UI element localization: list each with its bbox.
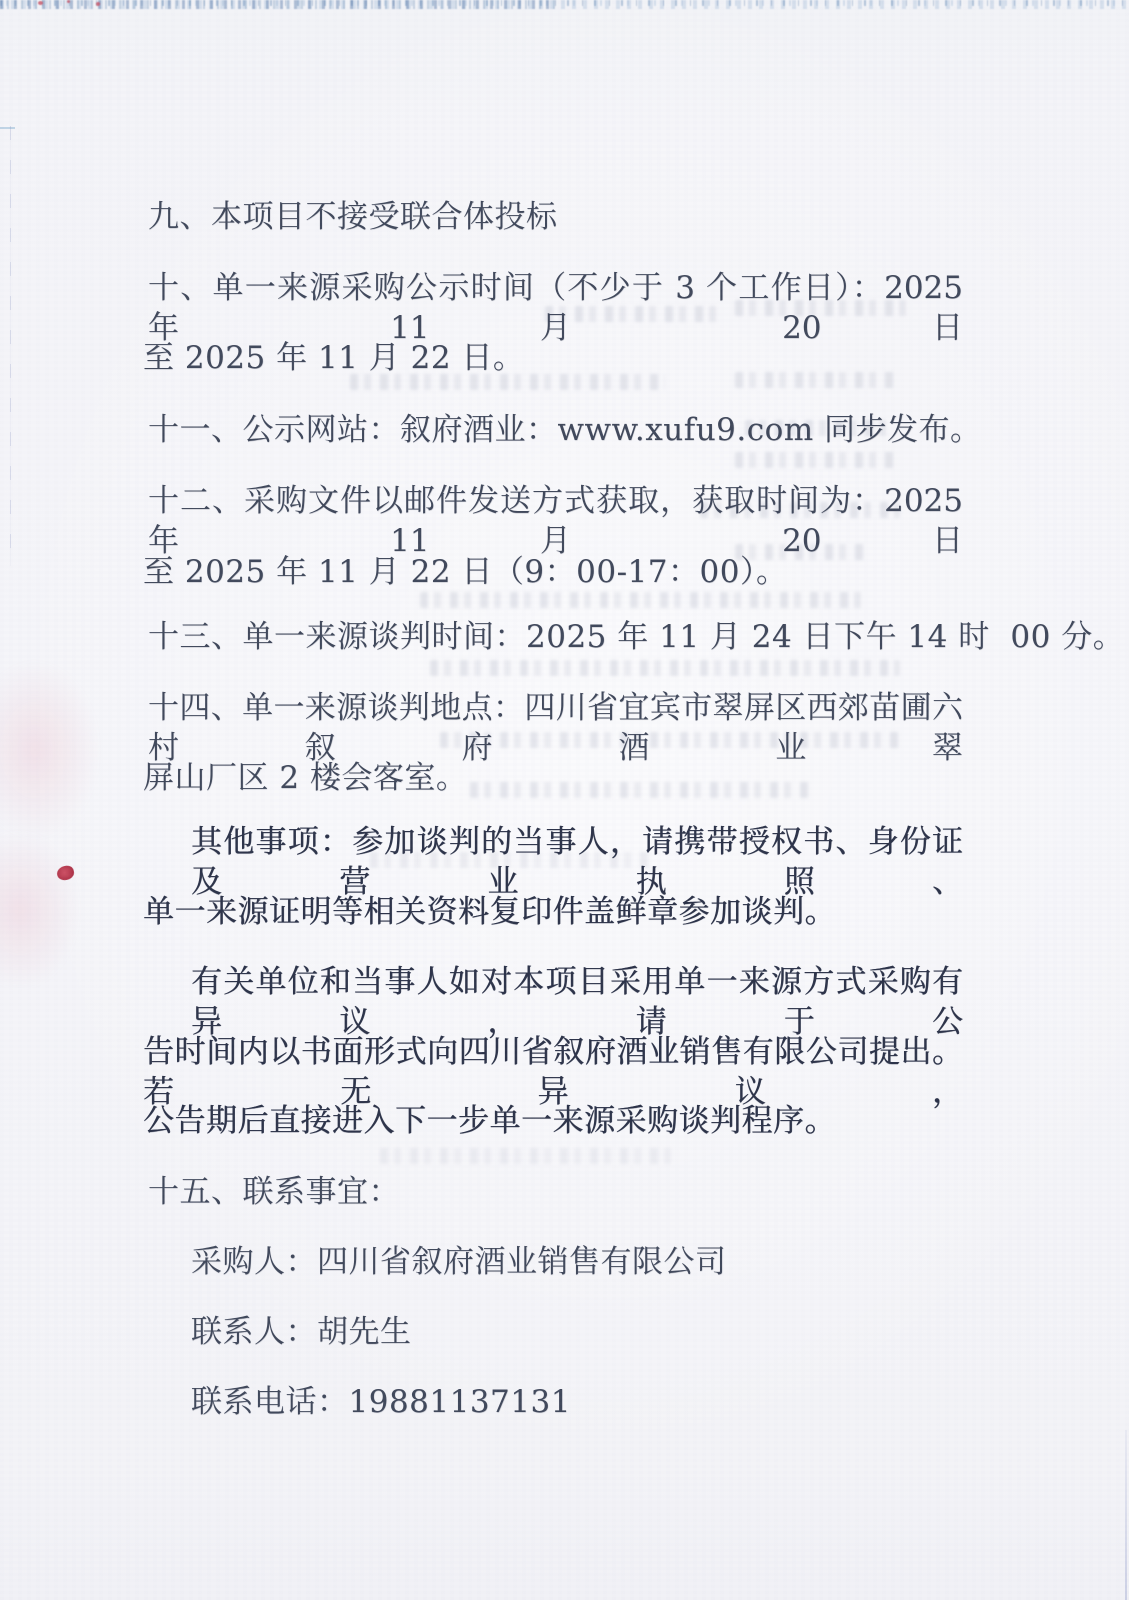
document-line: 有关单位和当事人如对本项目采用单一来源方式采购有异议，请于公 (191, 962, 963, 1042)
bleed-through-artifact (470, 782, 810, 798)
document-line: 至 2025 年 11 月 22 日（9：00-17：00）。 (143, 552, 787, 592)
scan-edge-noise (0, 0, 1129, 9)
scanned-document-page: 九、本项目不接受联合体投标 十、单一来源采购公示时间（不少于 3 个工作日）：2… (0, 0, 1129, 1600)
document-line: 十一、公示网站：叙府酒业：www.xufu9.com 同步发布。 (148, 410, 982, 450)
stamp-bleed-through (0, 660, 100, 840)
bleed-through-artifact (735, 452, 895, 468)
bleed-through-artifact (380, 1148, 680, 1164)
scanner-line (10, 126, 11, 566)
document-line: 其他事项：参加谈判的当事人，请携带授权书、身份证及营业执照、 (191, 822, 963, 902)
bleed-through-artifact (735, 372, 895, 388)
document-line: 公告期后直接进入下一步单一来源采购谈判程序。 (143, 1101, 836, 1141)
document-line: 告时间内以书面形式向四川省叙府酒业销售有限公司提出。若无异议， (143, 1032, 963, 1112)
document-line: 采购人：四川省叙府酒业销售有限公司 (191, 1242, 727, 1282)
document-line: 十、单一来源采购公示时间（不少于 3 个工作日）：2025 年 11 月 20 … (148, 268, 963, 348)
scanner-mark (0, 127, 15, 129)
bleed-through-artifact (420, 592, 870, 608)
document-line: 十三、单一来源谈判时间：2025 年 11 月 24 日下午 14 时 00 分… (148, 617, 1124, 657)
red-ink-speck (96, 2, 100, 6)
paper-texture (0, 0, 1129, 1600)
document-line: 九、本项目不接受联合体投标 (148, 197, 558, 237)
bleed-through-artifact (430, 660, 900, 676)
stamp-bleed-through (0, 830, 80, 990)
document-line: 联系人：胡先生 (191, 1312, 412, 1352)
red-ink-speck (67, 0, 70, 3)
red-ink-speck (38, 1, 43, 5)
document-line: 十二、采购文件以邮件发送方式获取，获取时间为：2025 年 11 月 20 日 (148, 481, 963, 561)
scanner-line (1125, 1430, 1127, 1600)
document-line: 十五、联系事宜： (148, 1172, 400, 1212)
document-line: 单一来源证明等相关资料复印件盖鲜章参加谈判。 (143, 892, 836, 932)
document-line: 屏山厂区 2 楼会客室。 (143, 758, 467, 798)
document-line: 十四、单一来源谈判地点：四川省宜宾市翠屏区西郊苗圃六村叙府酒业翠 (148, 688, 963, 768)
document-line: 联系电话：19881137131 (191, 1382, 571, 1422)
document-line: 至 2025 年 11 月 22 日。 (143, 338, 524, 378)
